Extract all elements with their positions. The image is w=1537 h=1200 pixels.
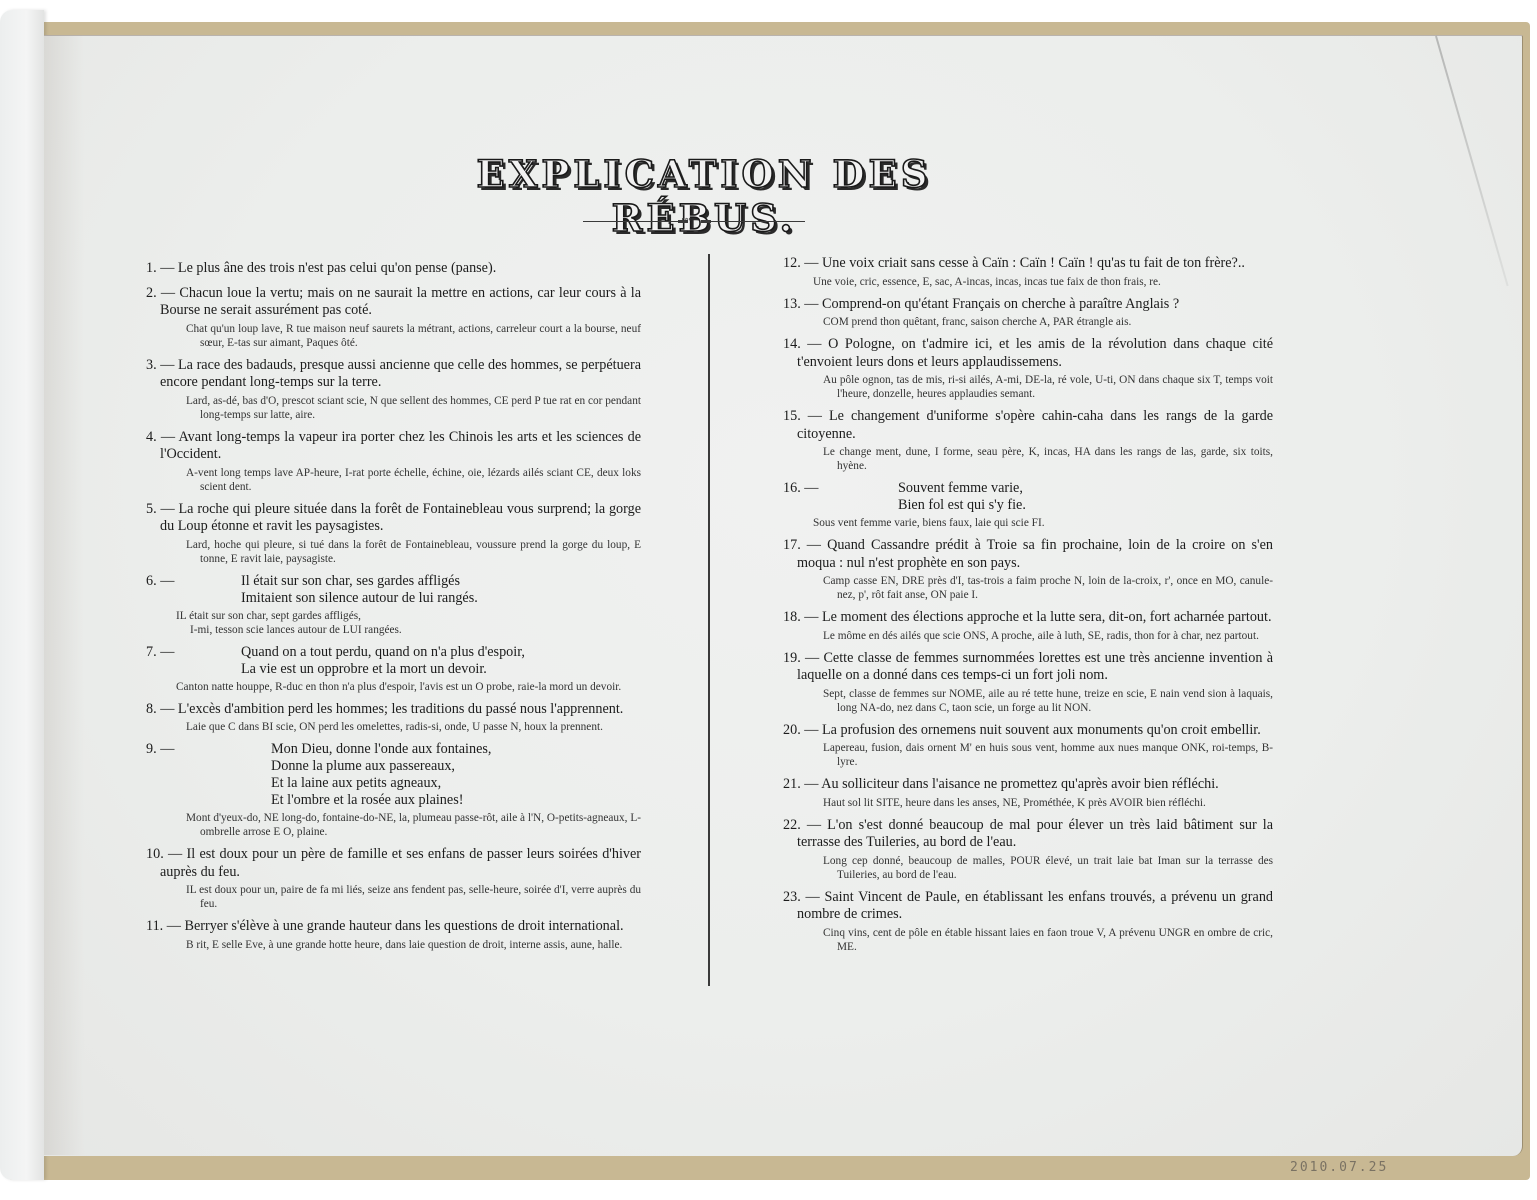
verse-lines: Quand on a tout perdu, quand on n'a plus… <box>241 644 525 678</box>
rebus-entry-20: 20. — La profusion des ornemens nuit sou… <box>783 722 1273 770</box>
entry-number: 11. — <box>146 918 181 934</box>
entry-number: 22. — <box>783 817 821 833</box>
pencil-inscription: 2010.07.25 <box>1290 1160 1388 1175</box>
entry-solution: Sous vent femme varie, biens faux, laie … <box>813 516 1273 530</box>
entry-solution: Le môme en dés ailés que scie ONS, A pro… <box>823 629 1273 643</box>
entry-number: 14. — <box>783 336 822 352</box>
rebus-entry-13: 13. — Comprend-on qu'étant Français on c… <box>783 296 1273 330</box>
entry-solution: Sept, classe de femmes sur NOME, aile au… <box>823 687 1273 715</box>
gutter-shadow <box>44 35 84 1155</box>
entry-number: 12. — <box>783 255 818 271</box>
rebus-entry-14: 14. — O Pologne, on t'admire ici, et les… <box>783 336 1273 401</box>
entry-number: 5. — <box>146 501 175 517</box>
verse-line: Bien fol est qui s'y fie. <box>898 497 1026 514</box>
ornament-dots: ∘∘∘ <box>681 214 691 225</box>
rebus-entry-18: 18. — Le moment des élections approche e… <box>783 609 1273 643</box>
rebus-entry-11: 11. — Berryer s'élève à une grande haute… <box>146 918 641 952</box>
verse-lines: Il était sur son char, ses gardes afflig… <box>241 573 478 607</box>
rebus-entry-16: 16. — Souvent femme varie, Bien fol est … <box>783 480 1273 530</box>
entry-solution: B rit, E selle Eve, à une grande hotte h… <box>186 938 641 952</box>
verse-lines: Mon Dieu, donne l'onde aux fontaines, Do… <box>271 741 491 809</box>
entry-solution: Lard, hoche qui pleure, si tué dans la f… <box>186 538 641 566</box>
rebus-entry-8: 8. — L'excès d'ambition perd les hommes;… <box>146 701 641 735</box>
rebus-entry-19: 19. — Cette classe de femmes surnommées … <box>783 650 1273 715</box>
left-column: 1. — Le plus âne des trois n'est pas cel… <box>146 260 641 959</box>
entry-number: 21. — <box>783 776 818 792</box>
entry-number: 3. — <box>146 357 174 373</box>
entry-statement: Saint Vincent de Paule, en établissant l… <box>797 889 1273 923</box>
title-ornament: ∘∘∘ <box>583 218 805 226</box>
entry-solution: Cinq vins, cent de pôle en étable hissan… <box>823 926 1273 954</box>
verse-line: Mon Dieu, donne l'onde aux fontaines, <box>271 741 491 758</box>
entry-statement: Le plus âne des trois n'est pas celui qu… <box>178 260 496 276</box>
entry-statement: Berryer s'élève à une grande hauteur dan… <box>185 918 624 934</box>
entry-solution: Haut sol lit SITE, heure dans les anses,… <box>823 796 1273 810</box>
rebus-entry-5: 5. — La roche qui pleure située dans la … <box>146 501 641 566</box>
rebus-entry-15: 15. — Le changement d'uniforme s'opère c… <box>783 408 1273 473</box>
entry-statement: Une voix criait sans cesse à Caïn : Caïn… <box>822 255 1245 271</box>
rebus-entry-17: 17. — Quand Cassandre prédit à Troie sa … <box>783 537 1273 602</box>
entry-statement: Il est doux pour un père de famille et s… <box>160 846 641 880</box>
entry-number: 16. — <box>783 480 898 514</box>
entry-number: 4. — <box>146 429 175 445</box>
entry-statement: L'excès d'ambition perd les hommes; les … <box>178 701 623 717</box>
rebus-entry-1: 1. — Le plus âne des trois n'est pas cel… <box>146 260 641 278</box>
entry-number: 9. — <box>146 741 271 809</box>
verse-line: Et la laine aux petits agneaux, <box>271 775 491 792</box>
entry-statement: L'on s'est donné beaucoup de mal pour él… <box>797 817 1273 851</box>
entry-statement: La race des badauds, presque aussi ancie… <box>160 357 641 391</box>
entry-number: 8. — <box>146 701 174 717</box>
entry-number: 17. — <box>783 537 821 553</box>
entry-solution: Chat qu'un loup lave, R tue maison neuf … <box>186 322 641 350</box>
page-title: EXPLICATION DES RÉBUS. <box>404 152 1004 240</box>
entry-number: 20. — <box>783 722 818 738</box>
entry-number: 2. — <box>146 285 175 301</box>
verse-line: Imitaient son silence autour de lui rang… <box>241 590 478 607</box>
entry-number: 6. — <box>146 573 241 607</box>
verse-line: Il était sur son char, ses gardes afflig… <box>241 573 478 590</box>
entry-number: 18. — <box>783 609 818 625</box>
verse-line: Donne la plume aux passereaux, <box>271 758 491 775</box>
entry-solution: Une voie, cric, essence, E, sac, A-incas… <box>813 275 1273 289</box>
verse-line: Et l'ombre et la rosée aux plaines! <box>271 792 491 809</box>
rebus-entry-4: 4. — Avant long-temps la vapeur ira port… <box>146 429 641 494</box>
entry-solution: Le change ment, dune, I forme, seau père… <box>823 445 1273 473</box>
rebus-entry-6: 6. — Il était sur son char, ses gardes a… <box>146 573 641 637</box>
entry-statement: Au solliciteur dans l'aisance ne promett… <box>821 776 1218 792</box>
rebus-entry-7: 7. — Quand on a tout perdu, quand on n'a… <box>146 644 641 694</box>
entry-statement: Cette classe de femmes surnommées lorett… <box>797 650 1273 684</box>
entry-statement: La profusion des ornemens nuit souvent a… <box>822 722 1261 738</box>
verse-line: La vie est un opprobre et la mort un dev… <box>241 661 525 678</box>
solution-line: IL était sur son char, sept gardes affli… <box>176 609 641 623</box>
entry-solution: Lard, as-dé, bas d'O, prescot sciant sci… <box>186 394 641 422</box>
entry-solution: A-vent long temps lave AP-heure, I-rat p… <box>186 466 641 494</box>
entry-solution: Camp casse EN, DRE près d'I, tas-trois a… <box>823 574 1273 602</box>
entry-statement: Chacun loue la vertu; mais on ne saurait… <box>160 285 641 319</box>
entry-solution: Lapereau, fusion, dais ornent M' en huis… <box>823 741 1273 769</box>
rebus-entry-21: 21. — Au solliciteur dans l'aisance ne p… <box>783 776 1273 810</box>
rebus-entry-12: 12. — Une voix criait sans cesse à Caïn … <box>783 255 1273 289</box>
entry-statement: Avant long-temps la vapeur ira porter ch… <box>160 429 641 463</box>
left-page-edge <box>0 10 44 1180</box>
rebus-entry-3: 3. — La race des badauds, presque aussi … <box>146 357 641 422</box>
entry-solution: Laie que C dans BI scie, ON perd les ome… <box>186 720 641 734</box>
column-divider <box>708 254 710 986</box>
right-column: 12. — Une voix criait sans cesse à Caïn … <box>783 255 1273 961</box>
entry-statement: La roche qui pleure située dans la forêt… <box>160 501 641 535</box>
entry-solution: Canton natte houppe, R-duc en thon n'a p… <box>176 680 641 694</box>
entry-number: 13. — <box>783 296 818 312</box>
entry-statement: Le changement d'uniforme s'opère cahin-c… <box>797 408 1273 442</box>
verse-lines: Souvent femme varie, Bien fol est qui s'… <box>898 480 1026 514</box>
entry-statement: Comprend-on qu'étant Français on cherche… <box>822 296 1179 312</box>
entry-number: 23. — <box>783 889 820 905</box>
entry-number: 7. — <box>146 644 241 678</box>
rebus-entry-22: 22. — L'on s'est donné beaucoup de mal p… <box>783 817 1273 882</box>
entry-solution: IL est doux pour un, paire de fa mi liés… <box>186 883 641 911</box>
solution-line: I-mi, tesson scie lances autour de LUI r… <box>176 623 641 637</box>
entry-solution: Au pôle ognon, tas de mis, ri-si ailés, … <box>823 373 1273 401</box>
entry-statement: Quand Cassandre prédit à Troie sa fin pr… <box>797 537 1273 571</box>
entry-solution: COM prend thon quêtant, franc, saison ch… <box>823 315 1273 329</box>
entry-number: 19. — <box>783 650 819 666</box>
rebus-entry-10: 10. — Il est doux pour un père de famill… <box>146 846 641 911</box>
entry-solution: Long cep donné, beaucoup de malles, POUR… <box>823 854 1273 882</box>
entry-number: 15. — <box>783 408 822 424</box>
verse-line: Quand on a tout perdu, quand on n'a plus… <box>241 644 525 661</box>
rebus-entry-9: 9. — Mon Dieu, donne l'onde aux fontaine… <box>146 741 641 839</box>
verse-line: Souvent femme varie, <box>898 480 1026 497</box>
entry-statement: Le moment des élections approche et la l… <box>822 609 1271 625</box>
entry-number: 1. — <box>146 260 174 276</box>
entry-solution: Mont d'yeux-do, NE long-do, fontaine-do-… <box>186 811 641 839</box>
rebus-entry-23: 23. — Saint Vincent de Paule, en établis… <box>783 889 1273 954</box>
entry-number: 10. — <box>146 846 182 862</box>
entry-statement: O Pologne, on t'admire ici, et les amis … <box>797 336 1273 370</box>
entry-solution: IL était sur son char, sept gardes affli… <box>176 609 641 637</box>
rebus-entry-2: 2. — Chacun loue la vertu; mais on ne sa… <box>146 285 641 350</box>
